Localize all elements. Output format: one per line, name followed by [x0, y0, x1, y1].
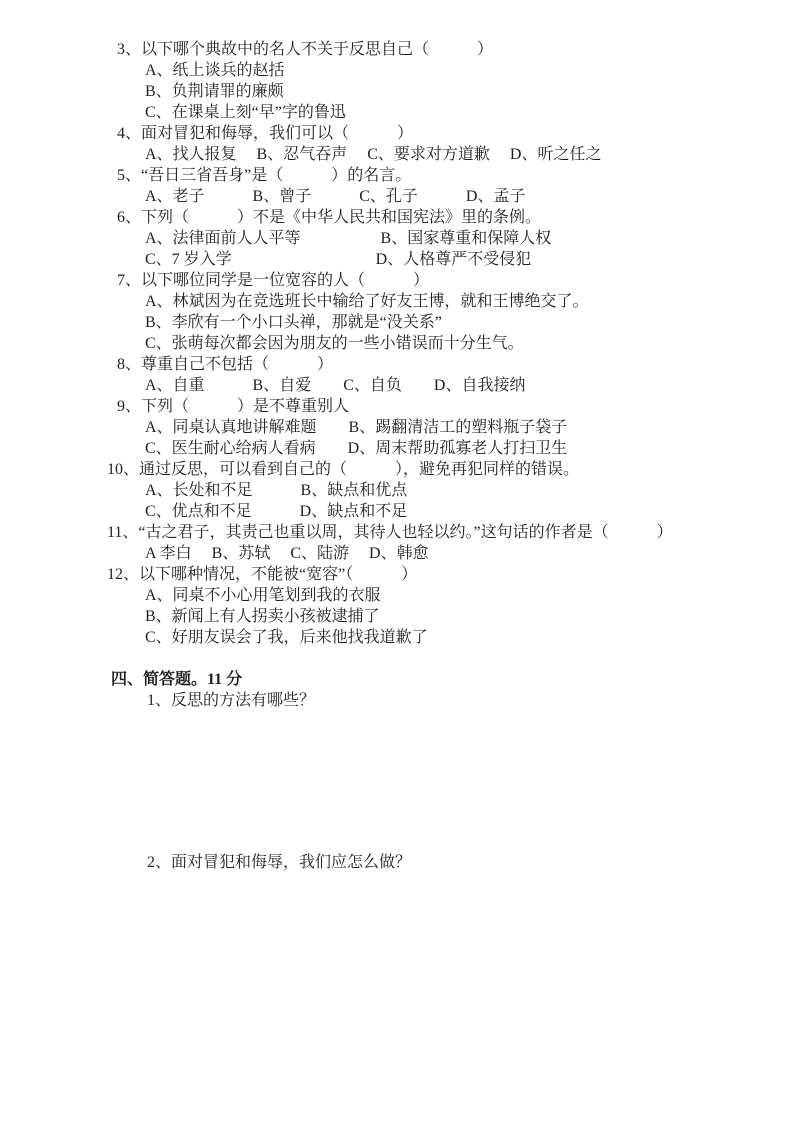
short-answer-question-1: 1、反思的方法有哪些？	[0, 690, 793, 711]
exam-content: 3、以下哪个典故中的名人不关于反思自己（ ）A、纸上谈兵的赵括B、负荆请罪的廉颇…	[0, 0, 793, 873]
option-line: B、负荆请罪的廉颇	[0, 81, 793, 102]
answer-space-1	[0, 711, 793, 852]
option-line: C、张萌每次都会因为朋友的一些小错误而十分生气。	[0, 333, 793, 354]
option-line: A、纸上谈兵的赵括	[0, 60, 793, 81]
question-stem: 4、面对冒犯和侮辱，我们可以（ ）	[0, 123, 793, 144]
question-stem: 3、以下哪个典故中的名人不关于反思自己（ ）	[0, 39, 793, 60]
short-answer-question-2: 2、面对冒犯和侮辱，我们应怎么做？	[0, 852, 793, 873]
option-line: C、好朋友误会了我，后来他找我道歉了	[0, 627, 793, 648]
question-stem: 8、尊重自己不包括（ ）	[0, 354, 793, 375]
option-line: B、李欣有一个小口头禅，那就是“没关系”	[0, 312, 793, 333]
choice-questions: 3、以下哪个典故中的名人不关于反思自己（ ）A、纸上谈兵的赵括B、负荆请罪的廉颇…	[0, 39, 793, 648]
question-stem: 5、“吾日三省吾身”是（ ）的名言。	[0, 165, 793, 186]
question-stem: 6、下列（ ）不是《中华人民共和国宪法》里的条例。	[0, 207, 793, 228]
short-answer-section: 四、简答题。11 分 1、反思的方法有哪些？ 2、面对冒犯和侮辱，我们应怎么做？	[0, 669, 793, 873]
question-stem: 9、下列（ ）是不尊重别人	[0, 396, 793, 417]
question-stem: 10、通过反思，可以看到自己的（ ），避免再犯同样的错误。	[0, 459, 793, 480]
option-line: A、自重 B、自爱 C、自负 D、自我接纳	[0, 375, 793, 396]
option-line: A、找人报复 B、忍气吞声 C、要求对方道歉 D、听之任之	[0, 144, 793, 165]
option-line: C、医生耐心给病人看病 D、周末帮助孤寡老人打扫卫生	[0, 438, 793, 459]
option-line: A、林斌因为在竞选班长中输给了好友王博，就和王博绝交了。	[0, 291, 793, 312]
option-line: C、7 岁入学 D、人格尊严不受侵犯	[0, 249, 793, 270]
question-stem: 12、以下哪种情况，不能被“宽容”（ ）	[0, 564, 793, 585]
option-line: A 李白 B、苏轼 C、陆游 D、韩愈	[0, 543, 793, 564]
option-line: C、优点和不足 D、缺点和不足	[0, 501, 793, 522]
question-stem: 7、以下哪位同学是一位宽容的人（ ）	[0, 270, 793, 291]
option-line: C、在课桌上刻“早”字的鲁迅	[0, 102, 793, 123]
question-stem: 11、“古之君子，其责己也重以周，其待人也轻以约。”这句话的作者是（ ）	[0, 522, 793, 543]
option-line: B、新闻上有人拐卖小孩被逮捕了	[0, 606, 793, 627]
option-line: A、法律面前人人平等 B、国家尊重和保障人权	[0, 228, 793, 249]
section-heading: 四、简答题。11 分	[0, 669, 793, 690]
option-line: A、老子 B、曾子 C、孔子 D、孟子	[0, 186, 793, 207]
option-line: A、同桌不小心用笔划到我的衣服	[0, 585, 793, 606]
option-line: A、长处和不足 B、缺点和优点	[0, 480, 793, 501]
exam-page: 3、以下哪个典故中的名人不关于反思自己（ ）A、纸上谈兵的赵括B、负荆请罪的廉颇…	[0, 0, 793, 1122]
option-line: A、同桌认真地讲解难题 B、踢翻清洁工的塑料瓶子袋子	[0, 417, 793, 438]
